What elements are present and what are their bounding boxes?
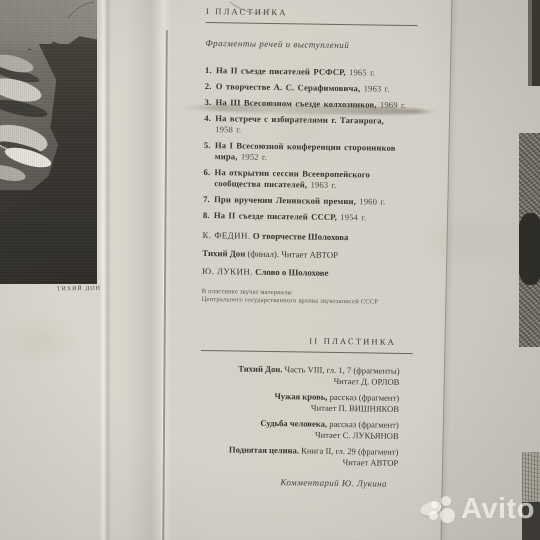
credits-block: К. ФЕДИН. О творчестве Шолохова Тихий До… — [202, 230, 415, 280]
item-number: 4. — [204, 113, 215, 124]
item-title: На II съезде писателей СССР, — [214, 210, 337, 222]
credit-line: Тихий Дон (финал). Читает АВТОР — [202, 248, 414, 262]
side2-header: II ПЛАСТИНКА — [201, 334, 413, 348]
item-year: 1958 г. — [215, 124, 241, 134]
thread-artifact — [228, 0, 272, 25]
credit-rest: (финал). Читает АВТОР — [247, 249, 338, 260]
avito-logo-icon — [429, 494, 457, 525]
item-year: 1965 г. — [349, 67, 375, 77]
list-item: 4.На встрече с избирателями г. Таганрога… — [204, 113, 416, 138]
thread-artifact — [66, 0, 96, 25]
book-photo-scene: ТИХИЙ ДОН I ПЛАСТИНКА Фрагменты речей и … — [0, 0, 540, 540]
credit-line: Ю. ЛУКИН. Слово о Шолохове — [202, 266, 414, 280]
entry-title: Чужая кровь, — [274, 391, 327, 402]
track-list-page: I ПЛАСТИНКА Фрагменты речей и выступлени… — [199, 6, 418, 489]
credit-author: Ю. ЛУКИН. — [202, 266, 253, 277]
track-entry: Тихий Дон. Часть VIII, гл. 1, 7 (фрагмен… — [200, 363, 399, 388]
side1-subtitle: Фрагменты речей и выступлений — [205, 38, 417, 52]
item-year: 1952 г. — [241, 152, 267, 162]
item-number: 5. — [204, 140, 215, 151]
entry-detail: рассказ (фрагмент) — [330, 392, 400, 403]
side2-entries: Тихий Дон. Часть VIII, гл. 1, 7 (фрагмен… — [199, 363, 413, 469]
credit-line: К. ФЕДИН. О творчестве Шолохова — [203, 230, 415, 244]
list-item: 7.При вручении Ленинской премии, 1960 г. — [203, 194, 415, 208]
item-year: 1960 г. — [359, 196, 385, 206]
credit-title: О творчестве Шолохова — [253, 231, 349, 242]
credit-author: К. ФЕДИН. — [203, 230, 251, 241]
entry-detail: рассказ (фрагмент) — [329, 419, 399, 430]
item-title-cont: сообщества писателей, — [214, 178, 307, 189]
item-year: 1963 г. — [310, 180, 336, 190]
entry-reader: Читает С. ЛУКЬЯНОВ — [200, 428, 399, 442]
entry-detail: Часть VIII, гл. 1, 7 (фрагменты) — [284, 364, 399, 376]
entry-reader: Читает Д. ОРЛОВ — [200, 374, 399, 388]
photo-grain-overlay — [0, 0, 97, 284]
credit-title: Слово о Шолохове — [255, 267, 328, 278]
item-number: 7. — [203, 194, 214, 205]
item-title: На II съезде писателей РСФСР, — [216, 65, 346, 77]
item-number: 6. — [203, 167, 214, 178]
speech-list: 1.На II съезде писателей РСФСР, 1965 г. … — [203, 65, 417, 224]
credit-title: Тихий Дон — [202, 248, 245, 259]
photo-fragment-top — [528, 0, 540, 86]
track-entry: Поднятая целина. Книга II, гл. 29 (фрагм… — [199, 444, 398, 469]
entry-title: Судьба человека, — [260, 418, 327, 429]
track-entry: Судьба человека, рассказ (фрагмент) Чита… — [200, 417, 399, 442]
item-title: О творчестве А. С. Серафимовича, — [216, 81, 361, 93]
divider-rule — [201, 350, 413, 354]
list-item: 2.О творчестве А. С. Серафимовича, 1963 … — [205, 81, 417, 95]
item-number: 2. — [205, 81, 216, 92]
list-item: 1.На II съезде писателей РСФСР, 1965 г. — [205, 65, 417, 79]
entry-detail: Книга II, гл. 29 (фрагмент) — [301, 445, 398, 456]
riverbank-photo — [0, 0, 97, 284]
list-item: 6.На открытии сессии Всеевропейского соо… — [203, 167, 415, 192]
archive-note: В пластинке звучат материалы Центральног… — [202, 288, 414, 306]
entry-title: Поднятая целина. — [229, 444, 299, 455]
item-year: 1954 г. — [340, 212, 366, 222]
entry-reader: Читает П. ВИШНЯКОВ — [200, 401, 399, 415]
item-year: 1963 г. — [364, 83, 390, 93]
item-number: 1. — [205, 65, 216, 76]
entry-reader: Читает АВТОР — [199, 455, 398, 469]
photo-fragment-dark-shape — [519, 213, 540, 285]
item-title: При вручении Ленинской премии, — [214, 194, 356, 206]
list-item: 8.На II съезде писателей СССР, 1954 г. — [203, 210, 415, 224]
photo-caption: ТИХИЙ ДОН — [57, 286, 101, 293]
list-item: 5.На I Всесоюзной конференции стороннико… — [204, 140, 416, 165]
avito-wordmark: Avito — [461, 495, 535, 524]
track-entry: Чужая кровь, рассказ (фрагмент) Читает П… — [200, 390, 399, 415]
avito-watermark: Avito — [429, 494, 535, 525]
page-fold-highlight — [99, 0, 111, 540]
item-title-cont: мира, — [215, 151, 238, 161]
commentary-line: Комментарий Ю. Лукина — [199, 476, 411, 489]
item-number: 8. — [203, 210, 214, 221]
entry-title: Тихий Дон. — [238, 364, 282, 375]
photo-fragment-middle — [519, 133, 540, 347]
